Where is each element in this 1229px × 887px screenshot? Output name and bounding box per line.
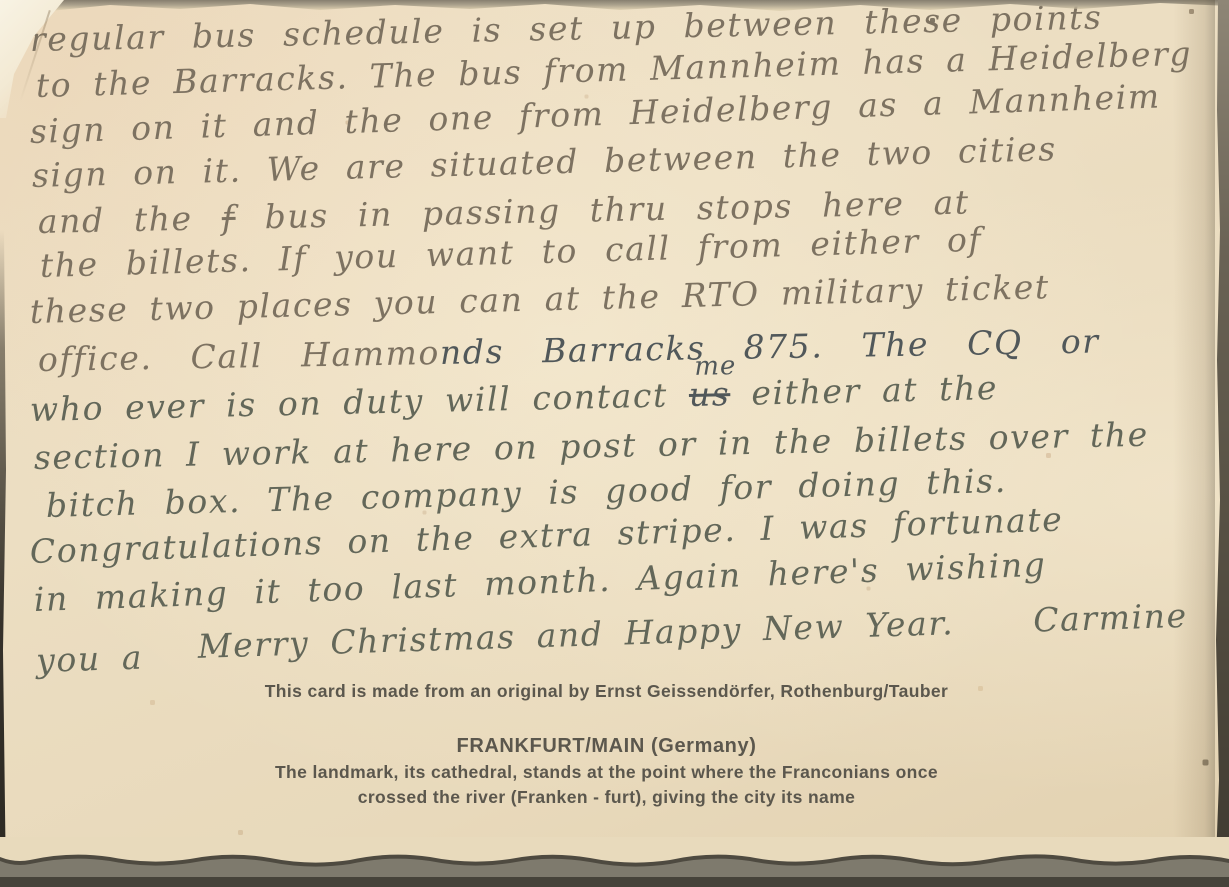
line9-pre: who ever is on duty will contact — [29, 376, 668, 429]
printed-caption-title: FRANKFURT/MAIN (Germany) — [0, 735, 1213, 758]
line5-struck-letter: f — [221, 198, 236, 237]
printed-caption-line2: crossed the river (Franken - furt), givi… — [0, 787, 1213, 808]
card-right-edge — [1213, 0, 1229, 887]
line14-greeting: Merry Christmas and Happy New Year. — [197, 603, 955, 666]
line8-light-ink: office. Call Hammo — [38, 333, 441, 379]
line9-post: either at the — [751, 368, 998, 413]
line8-dark-ink: nds Barracks 875. The CQ or — [440, 321, 1100, 372]
bottom-deckle-edge — [0, 837, 1229, 887]
printed-credit-line: This card is made from an original by Er… — [0, 681, 1213, 702]
line14-pre: you a — [36, 640, 144, 680]
signature: Carmine — [1033, 596, 1189, 640]
line5-pre: and the — [38, 199, 194, 241]
right-edge-shading — [1173, 0, 1215, 887]
line9-correction: us me — [689, 376, 731, 413]
printed-caption-line1: The landmark, its cathedral, stands at t… — [0, 762, 1213, 783]
line9-inserted-word: me — [694, 352, 737, 382]
handwritten-line-9: who ever is on duty will contact us me e… — [30, 370, 999, 428]
postcard-scan: regular bus schedule is set up between t… — [0, 0, 1229, 887]
